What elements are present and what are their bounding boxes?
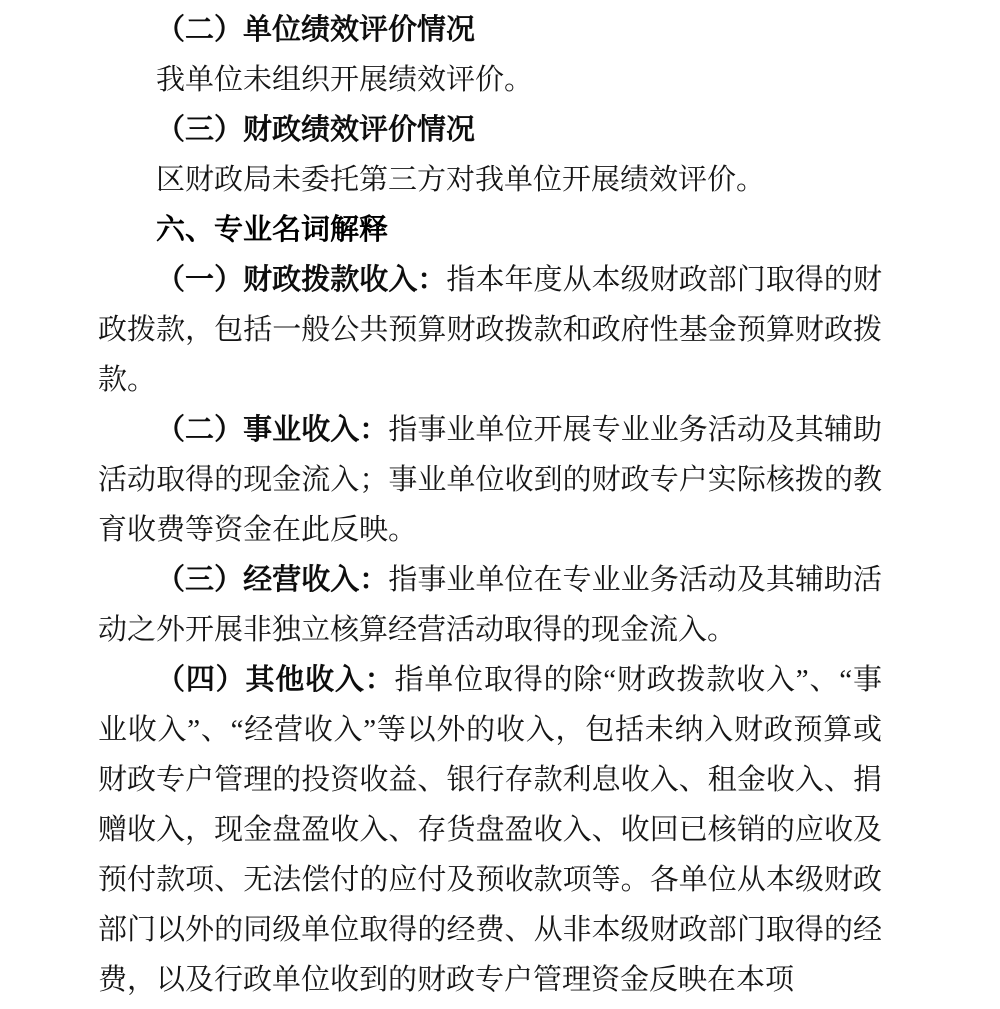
definition-operating-income: （三）经营收入：指事业单位在专业业务活动及其辅助活动之外开展非独立核算经营活动取… (98, 555, 882, 655)
section-heading-terminology: 六、专业名词解释 (98, 205, 882, 255)
paragraph-fiscal-performance-status: 区财政局未委托第三方对我单位开展绩效评价。 (98, 155, 882, 205)
definition-fiscal-appropriation-income: （一）财政拨款收入：指本年度从本级财政部门取得的财政拨款，包括一般公共预算财政拨… (98, 255, 882, 405)
term-definition: 指单位取得的除“财政拨款收入”、“事业收入”、“经营收入”等以外的收入，包括未纳… (98, 664, 882, 996)
term-label: （四）其他收入： (156, 664, 395, 696)
definition-other-income: （四）其他收入：指单位取得的除“财政拨款收入”、“事业收入”、“经营收入”等以外… (98, 655, 882, 1005)
definition-institution-income: （二）事业收入：指事业单位开展专业业务活动及其辅助活动取得的现金流入；事业单位收… (98, 405, 882, 555)
term-label: （一）财政拨款收入： (156, 264, 446, 296)
subsection-heading-unit-performance-evaluation: （二）单位绩效评价情况 (98, 5, 882, 55)
subsection-heading-fiscal-performance-evaluation: （三）财政绩效评价情况 (98, 105, 882, 155)
document-page: （二）单位绩效评价情况 我单位未组织开展绩效评价。 （三）财政绩效评价情况 区财… (0, 0, 1000, 1009)
text-block: （二）单位绩效评价情况 我单位未组织开展绩效评价。 （三）财政绩效评价情况 区财… (98, 5, 882, 1005)
paragraph-unit-performance-status: 我单位未组织开展绩效评价。 (98, 55, 882, 105)
term-label: （二）事业收入： (156, 414, 388, 446)
term-label: （三）经营收入： (156, 564, 388, 596)
